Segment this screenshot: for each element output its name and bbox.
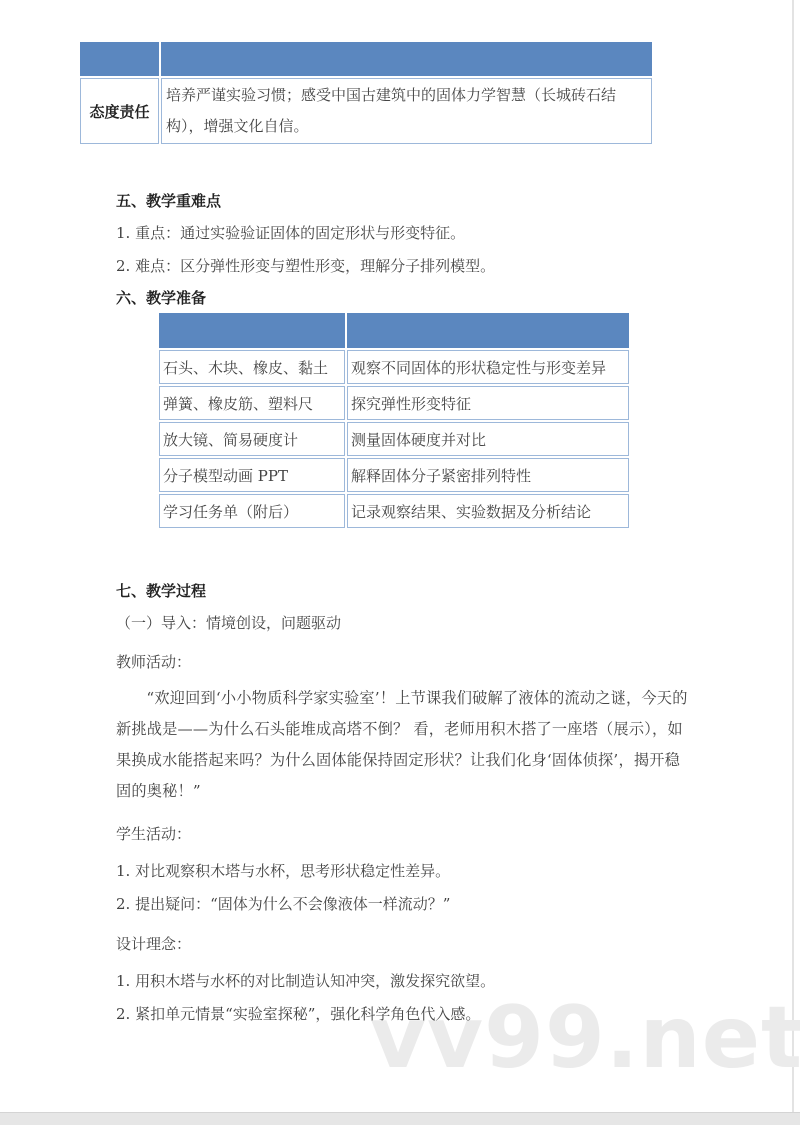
purpose-cell: 探究弹性形变特征 bbox=[347, 386, 629, 420]
header-cell bbox=[161, 42, 652, 76]
header-cell bbox=[80, 42, 159, 76]
design-concept-label: 设计理念： bbox=[116, 933, 191, 954]
section-heading-key-points: 五、教学重难点 bbox=[116, 190, 221, 211]
list-item: 1. 对比观察积木塔与水杯，思考形状稳定性差异。 bbox=[116, 860, 450, 881]
list-item: 1. 重点：通过实验验证固体的固定形状与形变特征。 bbox=[116, 222, 465, 243]
section-heading-process: 七、教学过程 bbox=[116, 580, 206, 601]
material-cell: 分子模型动画 PPT bbox=[159, 458, 345, 492]
attitude-table: 态度责任 培养严谨实验习惯；感受中国古建筑中的固体力学智慧（长城砖石结构），增强… bbox=[78, 40, 654, 146]
table-row: 弹簧、橡皮筋、塑料尺 探究弹性形变特征 bbox=[159, 386, 629, 420]
table-header-row bbox=[159, 313, 629, 348]
table-row: 学习任务单（附后） 记录观察结果、实验数据及分析结论 bbox=[159, 494, 629, 528]
purpose-cell: 解释固体分子紧密排列特性 bbox=[347, 458, 629, 492]
purpose-cell: 记录观察结果、实验数据及分析结论 bbox=[347, 494, 629, 528]
material-cell: 石头、木块、橡皮、黏土 bbox=[159, 350, 345, 384]
table-header-row bbox=[80, 42, 652, 76]
row-content: 培养严谨实验习惯；感受中国古建筑中的固体力学智慧（长城砖石结构），增强文化自信。 bbox=[161, 78, 652, 144]
material-cell: 弹簧、橡皮筋、塑料尺 bbox=[159, 386, 345, 420]
teacher-quote: “欢迎回到‘小小物质科学家实验室’！上节课我们破解了液体的流动之谜，今天的新挑战… bbox=[116, 683, 694, 807]
table-row: 石头、木块、橡皮、黏土 观察不同固体的形状稳定性与形变差异 bbox=[159, 350, 629, 384]
header-cell bbox=[347, 313, 629, 348]
table-row: 分子模型动画 PPT 解释固体分子紧密排列特性 bbox=[159, 458, 629, 492]
material-cell: 放大镜、简易硬度计 bbox=[159, 422, 345, 456]
student-activity-label: 学生活动： bbox=[116, 823, 191, 844]
section-heading-preparation: 六、教学准备 bbox=[116, 287, 206, 308]
row-label: 态度责任 bbox=[80, 78, 159, 144]
purpose-cell: 测量固体硬度并对比 bbox=[347, 422, 629, 456]
materials-table: 石头、木块、橡皮、黏土 观察不同固体的形状稳定性与形变差异 弹簧、橡皮筋、塑料尺… bbox=[157, 311, 631, 530]
page-separator bbox=[0, 1112, 800, 1126]
list-item: 2. 紧扣单元情景“实验室探秘”，强化科学角色代入感。 bbox=[116, 1003, 480, 1024]
list-item: 1. 用积木塔与水杯的对比制造认知冲突，激发探究欲望。 bbox=[116, 970, 495, 991]
list-item: 2. 难点：区分弹性形变与塑性形变，理解分子排列模型。 bbox=[116, 255, 495, 276]
document-page: vv99.net 态度责任 培养严谨实验习惯；感受中国古建筑中的固体力学智慧（长… bbox=[0, 0, 794, 1112]
table-row: 态度责任 培养严谨实验习惯；感受中国古建筑中的固体力学智慧（长城砖石结构），增强… bbox=[80, 78, 652, 144]
header-cell bbox=[159, 313, 345, 348]
purpose-cell: 观察不同固体的形状稳定性与形变差异 bbox=[347, 350, 629, 384]
next-page-top bbox=[0, 1125, 800, 1137]
subsection-heading: （一）导入：情境创设，问题驱动 bbox=[116, 612, 341, 633]
material-cell: 学习任务单（附后） bbox=[159, 494, 345, 528]
teacher-activity-label: 教师活动： bbox=[116, 651, 191, 672]
list-item: 2. 提出疑问：“固体为什么不会像液体一样流动？” bbox=[116, 893, 450, 914]
table-row: 放大镜、简易硬度计 测量固体硬度并对比 bbox=[159, 422, 629, 456]
